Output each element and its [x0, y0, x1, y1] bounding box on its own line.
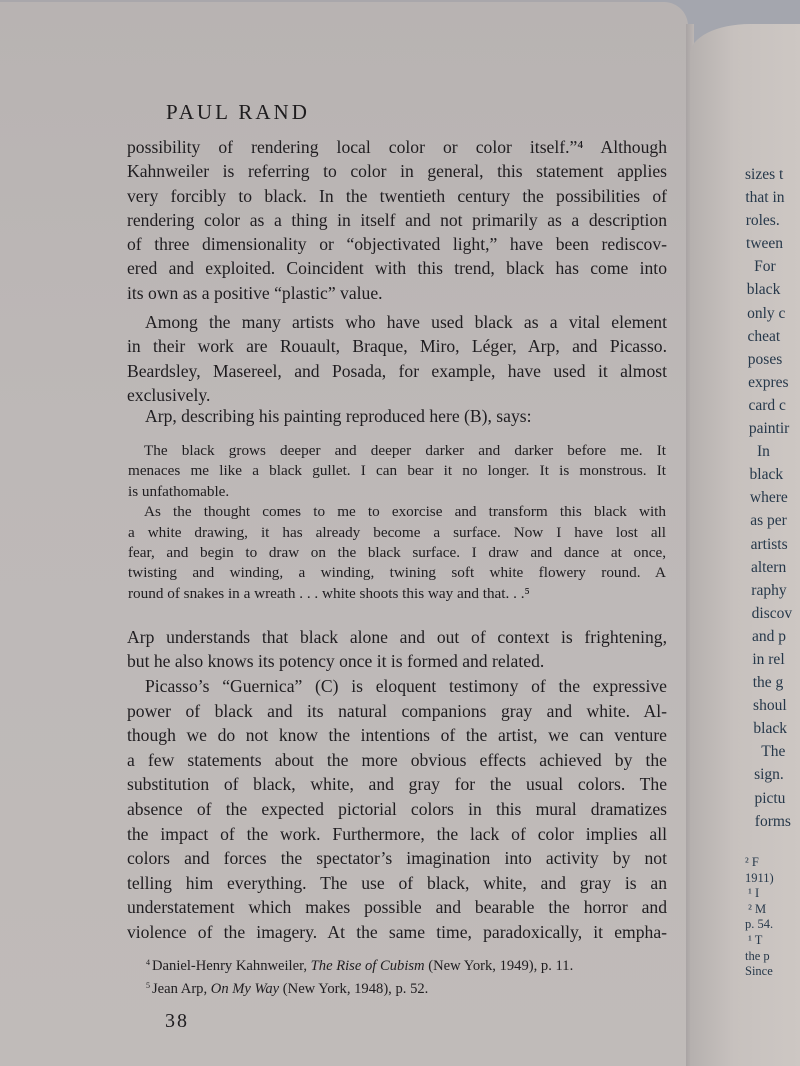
right-page-line: roles.: [745, 209, 792, 232]
footnote-mark: 5: [146, 981, 150, 990]
text-line: violence of the imagery. At the same tim…: [127, 920, 667, 945]
right-page-line: only c: [745, 302, 792, 325]
text-line: absence of the expected pictorial colors…: [127, 797, 667, 822]
text-line: understatement which makes possible and …: [127, 895, 667, 920]
quote-line: is unfathomable.: [128, 482, 666, 502]
right-page-line: and p: [745, 625, 792, 648]
text-line: Arp understands that black alone and out…: [127, 625, 667, 649]
right-page-line: For: [745, 255, 792, 278]
right-page-line: The: [745, 740, 792, 763]
text-line: of three dimensionality or “objectivated…: [127, 232, 667, 256]
right-page-line: black: [745, 463, 792, 486]
right-page-line: pictu: [745, 787, 792, 810]
quote-line: a white drawing, it has already become a…: [128, 523, 666, 543]
footnote-mark: 4: [146, 958, 150, 967]
right-page-text: sizes tthat inroles. tween For black onl…: [745, 163, 792, 833]
right-page-line: expres: [745, 371, 792, 394]
right-page-note-line: ¹ T: [745, 933, 774, 949]
text-line: in their work are Rouault, Braque, Miro,…: [127, 334, 667, 358]
paragraph-5: Picasso’s “Guernica” (C) is eloquent tes…: [127, 674, 667, 945]
text-line: power of black and its natural companion…: [127, 699, 667, 724]
footnote-text: (New York, 1949), p. 11.: [425, 958, 574, 974]
right-page-line: where: [745, 486, 792, 509]
paragraph-4: Arp understands that black alone and out…: [127, 625, 667, 674]
text-line: Kahnweiler is referring to color in gene…: [127, 159, 667, 183]
quote-line: fear, and begin to draw on the black sur…: [128, 543, 666, 563]
right-page-line: as per: [745, 509, 792, 532]
quote-line: twisting and winding, a winding, twining…: [128, 563, 666, 583]
right-page-note-line: ² M: [745, 902, 774, 918]
right-page-line: shoul: [745, 694, 792, 717]
footnote-5: 5Jean Arp, On My Way (New York, 1948), p…: [146, 976, 573, 999]
quote-line: The black grows deeper and deeper darker…: [144, 441, 666, 461]
right-page-line: that in: [745, 186, 792, 209]
right-page-line: card c: [745, 394, 792, 417]
footnote-title: The Rise of Cubism: [311, 958, 425, 974]
text-line: colors and forces the spectator’s imagin…: [127, 846, 667, 871]
footnote-title: On My Way: [211, 981, 279, 997]
right-page-line: forms: [745, 810, 792, 833]
text-line: Arp, describing his painting reproduced …: [127, 404, 667, 428]
right-page-note-line: p. 54.: [745, 917, 774, 933]
page-number: 38: [165, 1010, 189, 1033]
quote-line: menaces me like a black gullet. I can be…: [128, 461, 666, 481]
quote-line: round of snakes in a wreath . . . white …: [128, 584, 666, 604]
text-line: though we do not know the intentions of …: [127, 723, 667, 748]
right-page-line: in rel: [745, 648, 792, 671]
footnotes: 4Daniel-Henry Kahnweiler, The Rise of Cu…: [146, 953, 573, 999]
footnote-text: (New York, 1948), p. 52.: [279, 981, 428, 997]
text-line: possibility of rendering local color or …: [127, 135, 667, 159]
right-page-line: sizes t: [745, 163, 792, 186]
right-page-note-line: ² F: [745, 855, 774, 871]
paragraph-3: Arp, describing his painting reproduced …: [127, 404, 667, 428]
right-page-line: poses: [745, 348, 792, 371]
footnote-text: Daniel-Henry Kahnweiler,: [152, 958, 311, 974]
right-page-line: the g: [745, 671, 792, 694]
right-page-notes: ² F1911) ¹ I ² Mp. 54. ¹ Tthe pSince: [745, 855, 774, 980]
text-line: ered and exploited. Coincident with this…: [127, 256, 667, 280]
right-page-line: cheat: [745, 325, 792, 348]
right-page-line: raphy: [745, 579, 792, 602]
paragraph-2: Among the many artists who have used bla…: [127, 310, 667, 407]
right-page-line: black: [745, 717, 792, 740]
right-page-note-line: 1911): [745, 871, 774, 887]
quote-line: As the thought comes to me to exorcise a…: [144, 502, 666, 522]
footnote-text: Jean Arp,: [152, 981, 211, 997]
right-page-line: In: [745, 440, 792, 463]
text-line: telling him everything. The use of black…: [127, 871, 667, 896]
text-line: Among the many artists who have used bla…: [127, 310, 667, 334]
text-line: rendering color as a thing in itself and…: [127, 208, 667, 232]
text-line: very forcibly to black. In the twentieth…: [127, 184, 667, 208]
right-page-note-line: the p: [745, 949, 774, 965]
block-quote: The black grows deeper and deeper darker…: [144, 441, 666, 604]
right-page-line: black: [745, 278, 792, 301]
right-page-line: altern: [745, 556, 792, 579]
right-page-note-line: Since: [745, 964, 774, 980]
right-page-line: tween: [745, 232, 792, 255]
right-page-line: paintir: [745, 417, 792, 440]
right-page-line: discov: [745, 602, 792, 625]
footnote-4: 4Daniel-Henry Kahnweiler, The Rise of Cu…: [146, 953, 573, 976]
right-page-line: artists: [745, 533, 792, 556]
paragraph-1: possibility of rendering local color or …: [127, 135, 667, 305]
text-line: a few statements about the more obvious …: [127, 748, 667, 773]
right-page-line: sign.: [745, 763, 792, 786]
text-line: substitution of black, white, and gray f…: [127, 772, 667, 797]
text-line: but he also knows its potency once it is…: [127, 649, 667, 673]
text-line: its own as a positive “plastic” value.: [127, 281, 667, 305]
text-line: the impact of the work. Furthermore, the…: [127, 822, 667, 847]
right-page-note-line: ¹ I: [745, 886, 774, 902]
text-line: Beardsley, Masereel, and Posada, for exa…: [127, 359, 667, 383]
running-head: PAUL RAND: [166, 100, 310, 125]
text-line: Picasso’s “Guernica” (C) is eloquent tes…: [127, 674, 667, 699]
